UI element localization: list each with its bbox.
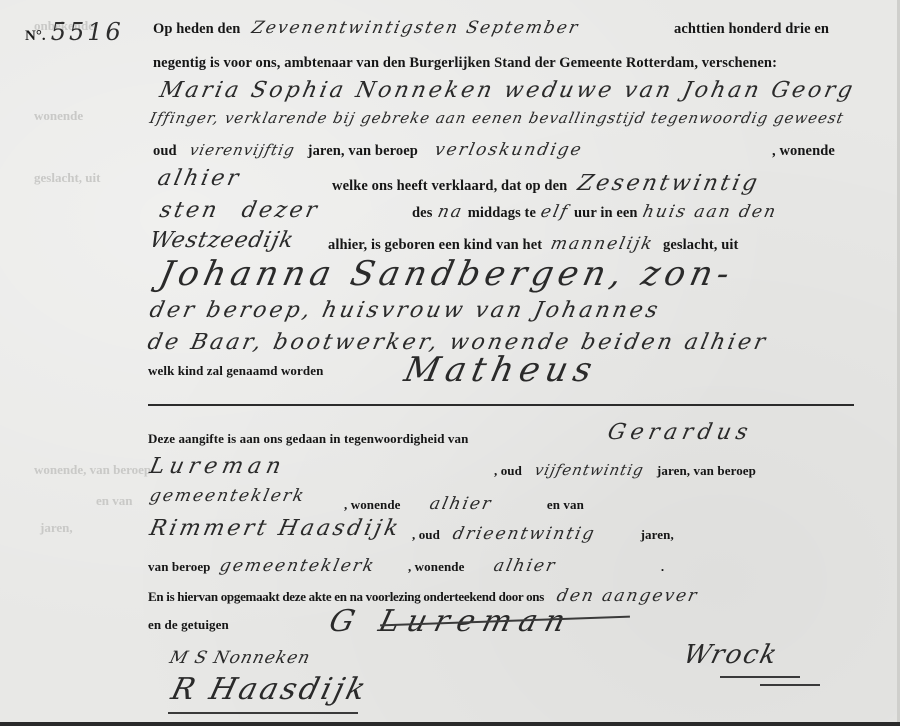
text-line-16b: , oud drieentwintig jaren, (412, 524, 674, 544)
printed-text: middags te (468, 205, 536, 221)
certificate-number: N°. 5516 (25, 18, 124, 46)
signature-declarant: M S Nonneken (168, 648, 313, 668)
printed-text: welke ons heeft verklaard, dat op den (332, 178, 567, 194)
handwritten-witness1-first: Gerardus (605, 420, 755, 445)
printed-text: , wonende (772, 143, 835, 159)
handwritten-text: sten (157, 198, 222, 223)
text-line-5: oud vierenvijftig jaren, van beroep verl… (153, 140, 583, 160)
printed-text: oud (153, 143, 177, 159)
printed-text: jaren, van beroep (657, 463, 756, 478)
printed-text: jaren, van beroep (308, 143, 418, 159)
text-line-13: Deze aangifte is aan ons gedaan in tegen… (148, 428, 468, 447)
number-label: N°. (25, 28, 46, 44)
printed-text: achttien honderd drie en (674, 21, 829, 37)
handwritten-witness2-residence: alhier (491, 556, 557, 576)
bleed-through-text: wonende, van beroep (34, 462, 151, 478)
printed-text: en van (547, 497, 584, 512)
printed-text: , wonende (408, 559, 465, 574)
printed-text: jaren, (641, 527, 674, 542)
printed-text: des (412, 205, 432, 221)
text-line-13b: Gerardus (608, 420, 752, 445)
handwritten-witness1-surname: Lureman (147, 454, 288, 479)
handwritten-witness2-profession: gemeenteklerk (217, 556, 377, 576)
printed-text: En is hiervan opgemaakt deze akte en na … (148, 589, 544, 604)
printed-text: , oud (412, 527, 440, 542)
handwritten-statement: Iffinger, verklarende bij gebreke aan ee… (148, 109, 846, 127)
text-line-1b: achttien honderd drie en (674, 18, 829, 38)
handwritten-place: huis aan den (641, 202, 779, 222)
handwritten-age: vierenvijftig (188, 141, 297, 159)
printed-text: van beroep (148, 559, 211, 574)
bleed-through-text: geslacht, uit (34, 170, 100, 186)
handwritten-mother-name: Johanna Sandbergen, zon- (156, 254, 738, 294)
printed-text: geslacht, uit (663, 237, 738, 253)
handwritten-residence: alhier (155, 166, 310, 191)
handwritten-witness1-age: vijfentwintig (533, 461, 646, 479)
signature-underline (760, 684, 820, 686)
handwritten-text: dezer (240, 198, 323, 223)
text-line-1: Op heden den Zevenentwintigsten Septembe… (153, 18, 552, 38)
printed-text: en de getuigen (148, 617, 229, 632)
text-line-19: en de getuigen (148, 614, 229, 633)
document-page: onbekende, wonende geslacht, uit wonende… (0, 0, 900, 726)
text-line-3: Maria Sophia Nonneken weduwe van Johan G… (160, 78, 855, 103)
handwritten-mother-occupation: der beroep, huisvrouw van Johannes (147, 298, 662, 323)
text-line-16: Rimmert Haasdijk (150, 516, 401, 541)
child-name-line: Matheus (405, 350, 597, 390)
signature-underline (168, 712, 358, 714)
text-line-10: der beroep, huisvrouw van Johannes (150, 298, 660, 323)
handwritten-witness2-name: Rimmert Haasdijk (147, 516, 403, 541)
handwritten-declarant: Maria Sophia Nonneken weduwe van Johan G… (157, 78, 857, 103)
printed-text: , oud (494, 463, 522, 478)
bleed-through-text: en van (96, 493, 132, 509)
printed-text: welk kind zal genaamd worden (148, 363, 323, 378)
signature-official: Wrock (680, 640, 781, 670)
handwritten-street: Westzeedijk (147, 228, 296, 253)
handwritten-witness2-age: drieentwintig (451, 524, 598, 544)
signature-underline (720, 676, 800, 678)
text-line-18: En is hiervan opgemaakt deze akte en na … (148, 586, 698, 606)
handwritten-hour: elf (539, 202, 571, 222)
printed-text: . (661, 559, 664, 574)
text-line-7b: des na middags te elf uur in een huis aa… (412, 202, 777, 222)
printed-text: alhier, is geboren een kind van het (328, 237, 542, 253)
handwritten-signer: den aangever (555, 586, 701, 606)
section-divider (148, 404, 854, 406)
printed-text: , wonende (344, 497, 401, 512)
printed-text: Deze aangifte is aan ons gedaan in tegen… (148, 431, 468, 446)
text-line-2: negentig is voor ons, ambtenaar van den … (153, 52, 777, 72)
text-line-8b: alhier, is geboren een kind van het mann… (328, 234, 738, 254)
text-line-9: Johanna Sandbergen, zon- (160, 254, 734, 294)
number-value: 5516 (51, 18, 124, 46)
handwritten-birth-day: Zesentwintig (576, 171, 763, 196)
text-line-6b: welke ons heeft verklaard, dat op den Ze… (332, 171, 760, 196)
handwritten-date: Zevenentwintigsten September (249, 18, 553, 38)
handwritten-text: na (435, 202, 464, 222)
text-line-8: Westzeedijk (150, 228, 294, 253)
text-line-12: welk kind zal genaamd worden (148, 360, 323, 379)
text-line-15: gemeenteklerk (150, 486, 305, 506)
handwritten-witness1-residence: alhier (427, 494, 493, 514)
printed-text: uur in een (574, 205, 638, 221)
text-line-14: Lureman (150, 454, 285, 479)
text-line-5b: , wonende (772, 140, 835, 160)
text-line-7: sten dezer (160, 198, 320, 223)
text-line-17: van beroep gemeenteklerk , wonende alhie… (148, 556, 664, 576)
handwritten-witness1-profession: gemeenteklerk (148, 486, 308, 506)
text-line-15b: , wonende alhier en van (344, 494, 584, 514)
handwritten-child-name: Matheus (401, 350, 602, 390)
text-line-14b: , oud vijfentwintig jaren, van beroep (494, 460, 756, 479)
printed-text: negentig is voor ons, ambtenaar van den … (153, 55, 777, 71)
handwritten-sex: mannelijk (549, 234, 656, 254)
printed-text: Op heden den (153, 21, 240, 37)
signature-witness-2: R Haasdijk (168, 672, 372, 707)
bleed-through-text: jaren, (40, 520, 73, 536)
text-line-4: Iffinger, verklarende bij gebreke aan ee… (150, 108, 844, 127)
text-line-6: alhier (158, 166, 308, 191)
page-edge (0, 722, 900, 726)
bleed-through-text: wonende (34, 108, 83, 124)
handwritten-profession: verloskundige (433, 140, 585, 160)
